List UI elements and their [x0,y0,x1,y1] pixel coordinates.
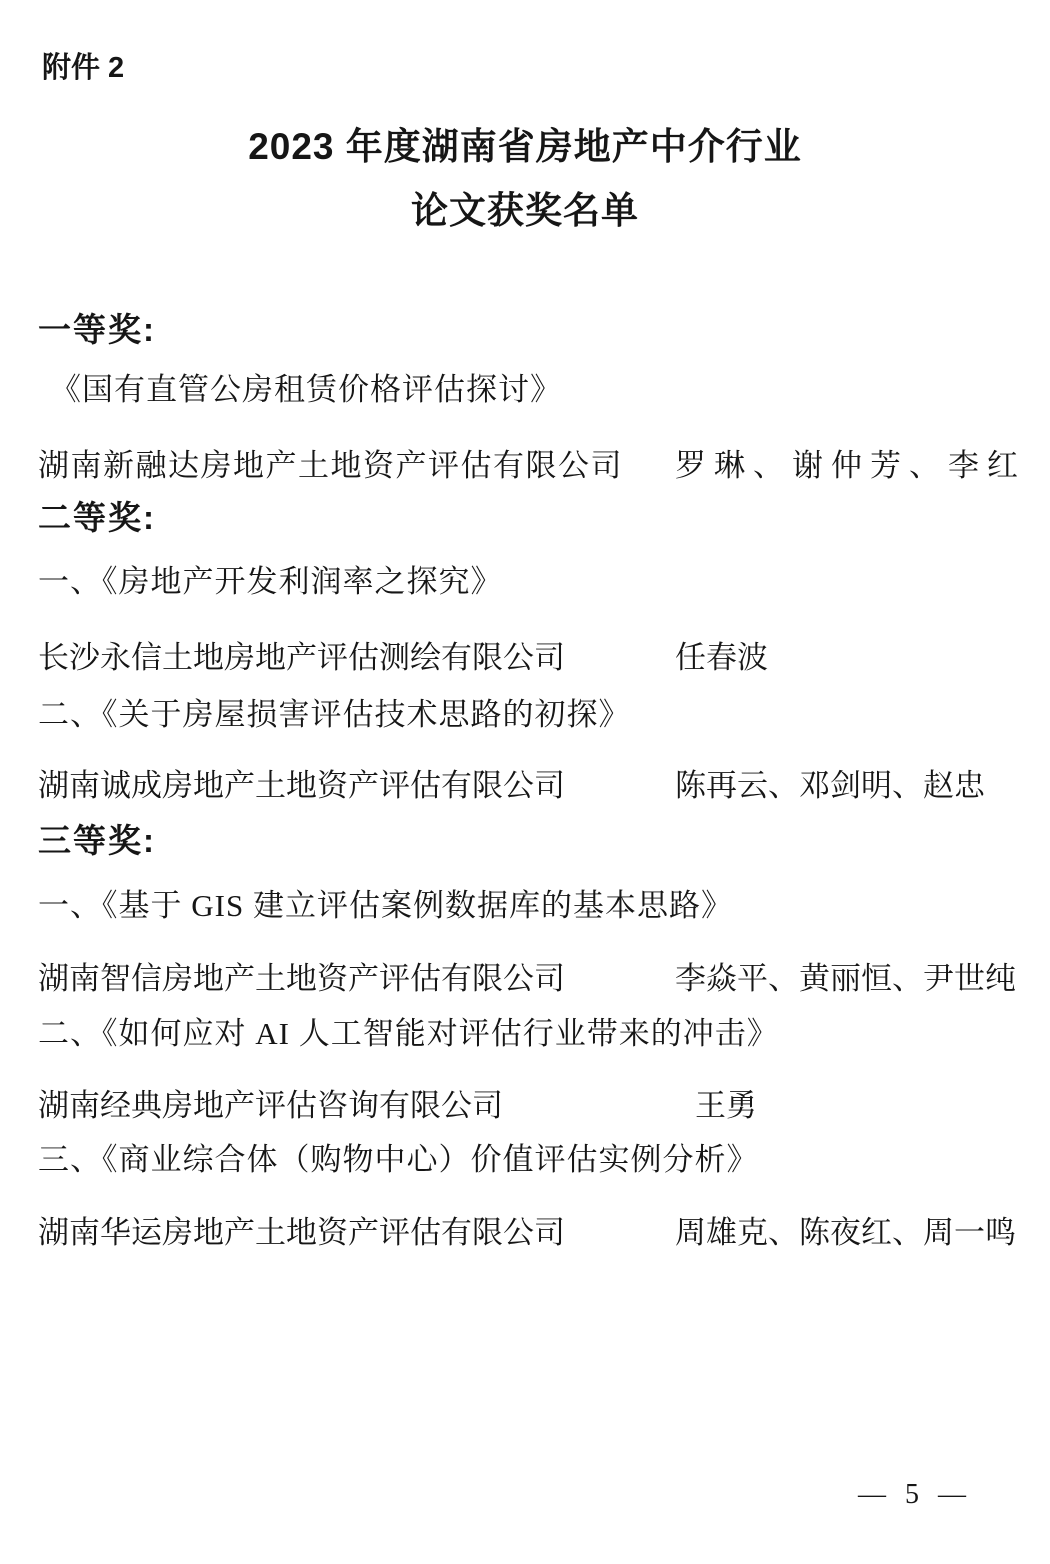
company-name: 湖南华运房地产土地资产评估有限公司 [38,1207,565,1252]
author-names: 周雄克、陈夜红、周一鸣 [675,1207,1016,1252]
entry-title: 二、《如何应对 AI 人工智能对评估行业带来的冲击》 [38,1016,779,1052]
author-names: 陈再云、邓剑明、赵忠 [675,760,985,805]
author-names: 王勇 [695,1080,757,1125]
entry-title: 《国有直管公房租赁价格评估探讨》 [50,372,562,408]
doc-title-line2: 论文获奖名单 [0,180,1050,234]
section-heading-second-prize: 二等奖: [38,499,156,537]
company-name: 湖南新融达房地产土地资产评估有限公司 [38,440,623,485]
section-heading-third-prize: 三等奖: [38,822,156,860]
company-name: 湖南智信房地产土地资产评估有限公司 [38,953,565,998]
document-page: 附件 2 2023 年度湖南省房地产中介行业 论文获奖名单 一等奖: 《国有直管… [0,0,1050,1564]
entry-row: 湖南新融达房地产土地资产评估有限公司 罗琳、谢仲芳、李红 [38,440,1022,480]
author-names: 任春波 [675,632,768,677]
attachment-label: 附件 2 [42,52,124,85]
entry-title: 一、《基于 GIS 建立评估案例数据库的基本思路》 [38,888,733,924]
author-names: 罗琳、谢仲芳、李红 [675,440,1026,485]
entry-title: 三、《商业综合体（购物中心）价值评估实例分析》 [38,1142,759,1178]
company-name: 湖南诚成房地产土地资产评估有限公司 [38,760,565,805]
page-number: — 5 — [858,1479,972,1511]
company-name: 湖南经典房地产评估咨询有限公司 [38,1080,503,1125]
entry-title: 一、《房地产开发利润率之探究》 [38,564,503,600]
entry-row: 湖南智信房地产土地资产评估有限公司 李焱平、黄丽恒、尹世纯 [38,953,1022,993]
entry-row: 湖南华运房地产土地资产评估有限公司 周雄克、陈夜红、周一鸣 [38,1207,1022,1247]
author-names: 李焱平、黄丽恒、尹世纯 [675,953,1016,998]
doc-title-line1: 2023 年度湖南省房地产中介行业 [0,116,1050,170]
entry-row: 长沙永信土地房地产评估测绘有限公司 任春波 [38,632,1022,672]
entry-row: 湖南诚成房地产土地资产评估有限公司 陈再云、邓剑明、赵忠 [38,760,1022,800]
entry-row: 湖南经典房地产评估咨询有限公司 王勇 [38,1080,1022,1120]
company-name: 长沙永信土地房地产评估测绘有限公司 [38,632,565,677]
entry-title: 二、《关于房屋损害评估技术思路的初探》 [38,697,631,733]
section-heading-first-prize: 一等奖: [38,311,156,349]
